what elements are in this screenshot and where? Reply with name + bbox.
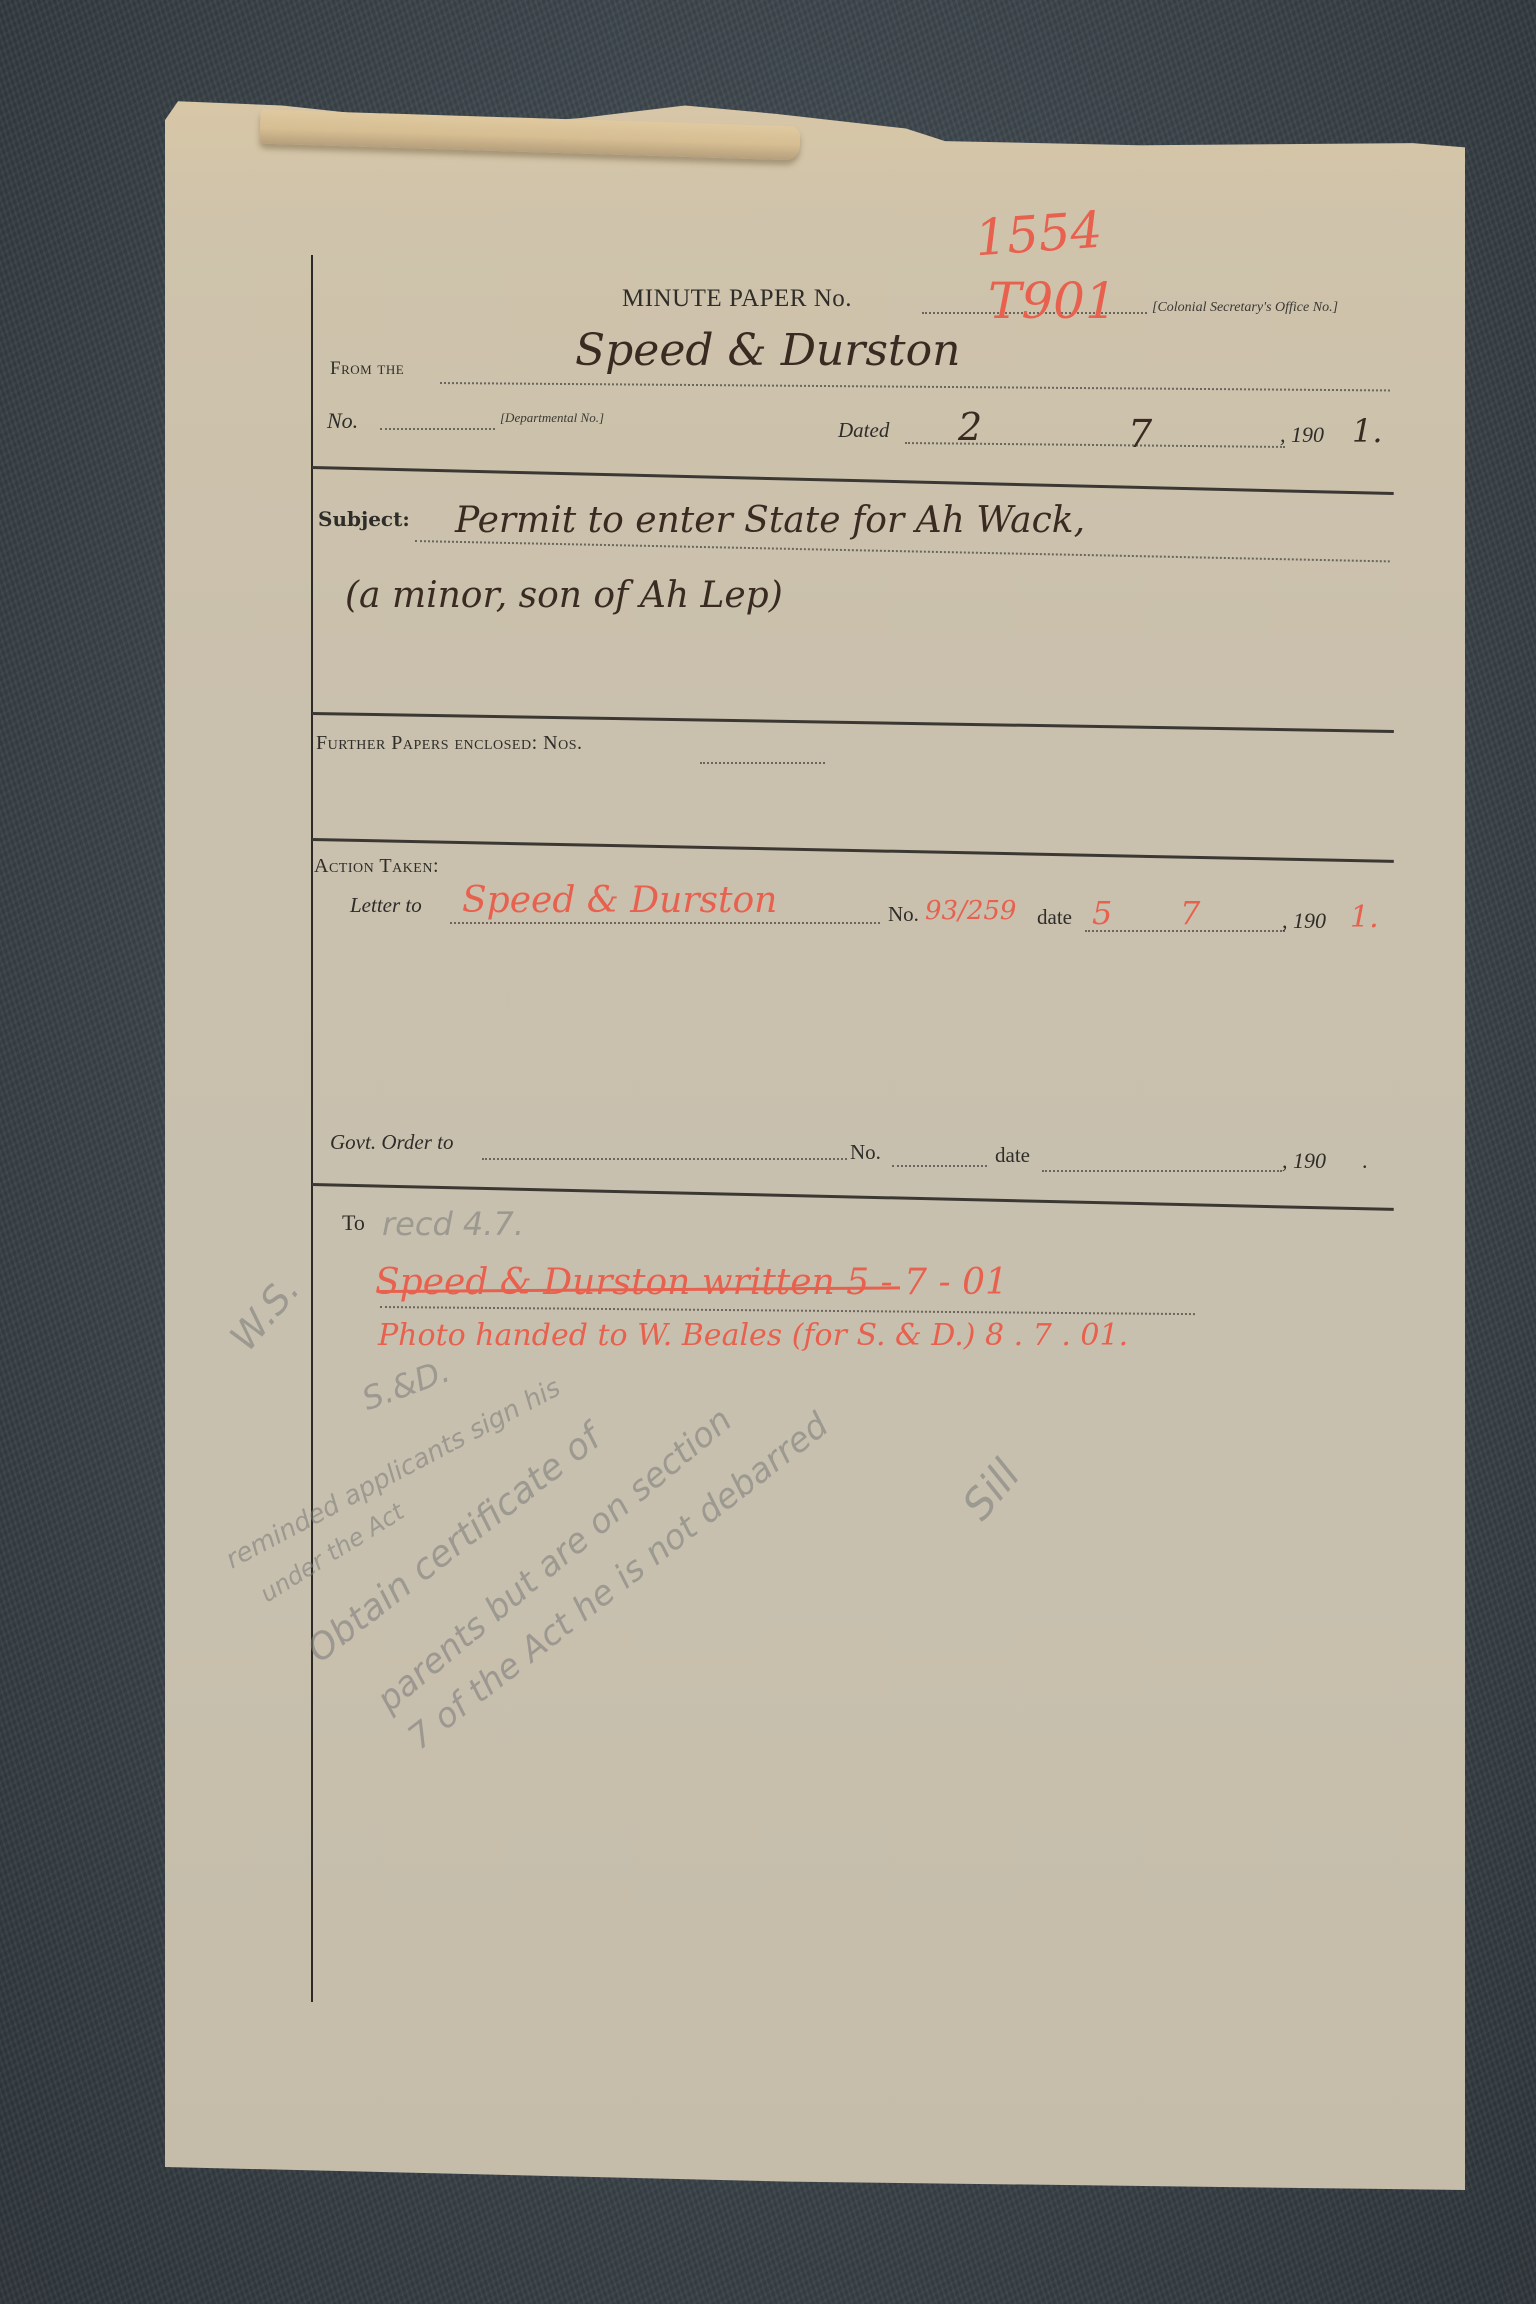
letter-no-label: No. [888, 902, 919, 927]
dated-year-suffix: 1. [1352, 412, 1383, 450]
govt-period: . [1362, 1148, 1368, 1174]
further-papers-dotted-line [700, 762, 825, 764]
action-taken-label: Action Taken: [314, 855, 439, 878]
further-papers-label: Further Papers enclosed: Nos. [316, 732, 582, 755]
dated-month: 7 [1128, 412, 1152, 456]
from-value: Speed & Durston [575, 325, 960, 376]
subject-line-1: Permit to enter State for Ah Wack, [455, 500, 1085, 541]
govt-no-label: No. [850, 1140, 881, 1165]
subject-line-2: (a minor, son of Ah Lep) [345, 575, 783, 616]
letter-year-suffix: 1. [1350, 900, 1379, 935]
letter-to-dotted-line [450, 922, 880, 924]
minute-no-handwritten-bottom: T901 [988, 272, 1117, 330]
to-label: To [342, 1210, 365, 1236]
letter-to-value: Speed & Durston [462, 880, 777, 921]
pencil-received-note: recd 4.7. [382, 1205, 524, 1243]
govt-year-label: , 190 [1282, 1148, 1326, 1174]
letter-no-value: 93/259 [925, 896, 1016, 926]
letter-date-label: date [1037, 905, 1072, 930]
letter-year-prefix: , 190 [1282, 908, 1326, 934]
govt-date-dotted-line [1042, 1170, 1282, 1172]
dept-no-label: [Departmental No.] [500, 410, 604, 426]
office-no-label: [Colonial Secretary's Office No.] [1152, 300, 1338, 316]
form-title: MINUTE PAPER No. [622, 285, 852, 313]
dated-year-prefix: , 190 [1280, 422, 1324, 448]
from-label: From the [330, 358, 404, 380]
govt-date-label: date [995, 1143, 1030, 1168]
no-label: No. [327, 408, 358, 434]
letter-date-day: 5 [1092, 894, 1112, 932]
no-dotted-line [380, 428, 495, 430]
to-line-1: Speed & Durston written 5 - 7 - 01 [375, 1262, 1008, 1303]
letter-date-month: 7 [1180, 894, 1200, 932]
to-line-2: Photo handed to W. Beales (for S. & D.) … [378, 1318, 1128, 1353]
govt-no-dotted-line [892, 1165, 987, 1167]
govt-order-label: Govt. Order to [330, 1130, 453, 1155]
dated-day: 2 [958, 405, 982, 449]
subject-label: Subject: [318, 507, 410, 531]
margin-rule [311, 255, 313, 2002]
minute-no-handwritten-top: 1554 [973, 201, 1104, 268]
letter-to-label: Letter to [350, 893, 422, 918]
govt-order-dotted-line [482, 1158, 847, 1160]
dated-label: Dated [838, 418, 889, 443]
